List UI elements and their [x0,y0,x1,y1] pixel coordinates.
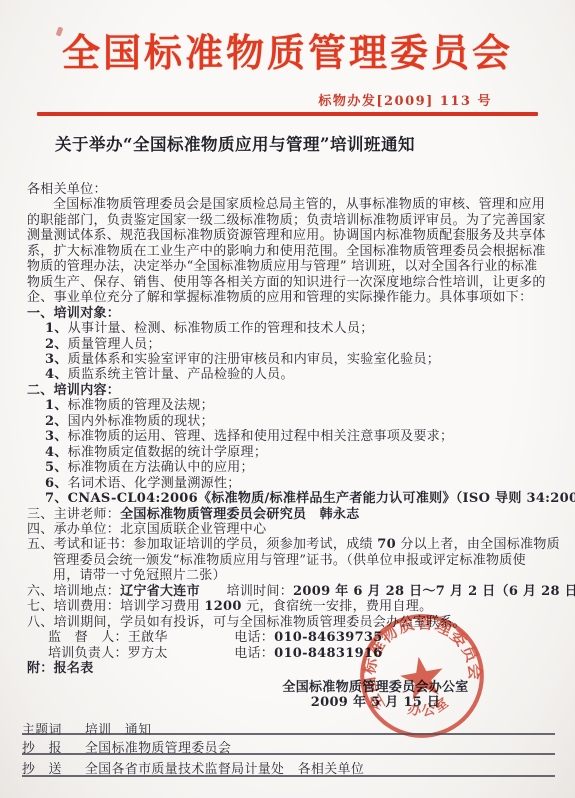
body-line: 6、名词术语、化学测量溯源性； [27,476,551,491]
document-number: 标物办发[2009] 113 号 [0,90,492,109]
body-line: 的职能部门，负责鉴定国家一级二级标准物质；负责培训标准物质评审员。为了完善国家 [27,213,551,228]
body-line: 3、标准物质的运用、管理、选择和使用过程中相关注意事项及要求； [27,429,551,444]
body-line: 四、承办单位：北京国质联企业管理中心 [27,522,551,537]
footer-value: 培训 通知 [85,719,151,738]
body-line: 六、培训地点：辽宁省大连市 培训时间：2009 年 6 月 28 日～7 月 2… [27,584,551,599]
body-line: 各相关单位： [27,182,551,197]
body-line: 2、质量管理人员； [27,337,551,352]
seal-star-icon [397,653,447,701]
body-line: 物质的管理办法，决定举办“全国标准物质应用与管理” 培训班，以对全国各行业的标准 [27,259,551,274]
body-line: 全国标准物质管理委员会是国家质检总局主管的，从事标准物质的审核、管理和应用 [27,197,551,212]
svg-text:办公室: 办公室 [403,692,454,723]
letterhead-org-title: 全国标准物质管理委员会 [0,22,575,77]
footer-label: 主题词 [22,719,70,738]
body-line: 2、国内外标准物质的现状； [27,414,551,429]
notice-title: 关于举办“全国标准物质应用与管理”培训班通知 [55,131,415,155]
body-line: 三、主讲老师：全国标准物质管理委员会研究员 韩永志 [27,507,551,522]
body-line: 五、考试和证书：参加取证培训的学员，须参加考试，成绩 70 分以上者，由全国标准… [27,537,551,552]
body-line: 用，请带一寸免冠照片二张） [27,568,551,583]
body-line: 3、质量体系和实验室评审的注册审核员和内审员，实验室化验员； [27,352,551,367]
body-line: 物质生产、保存、销售、使用等各相关方面的知识进行一次深度地综合性培训，让更多的 [27,275,551,290]
body-line: 4、标准物质定值数据的统计学原理； [27,445,551,460]
official-seal: 全国标准物质管理委员会 办公室 [344,598,499,753]
body-line: 系，扩大标准物质在工业生产中的影响力和使用范围。全国标准物质管理委员会根据标准 [27,244,551,259]
body-line: 一、培训对象： [27,306,551,321]
body-line: 二、培训内容： [27,383,551,398]
footer-rule [22,753,555,755]
body-line: 7、CNAS-CL04:2006《标准物质/标准样品生产者能力认可准则》（ISO… [27,491,551,506]
body-line: 1、标准物质的管理及法规； [27,398,551,413]
body-line: 4、质监系统主管计量、产品检验的人员。 [27,367,551,382]
seal-bottom-text: 办公室 [403,692,454,723]
scanned-notice-document: 全国标准物质管理委员会 标物办发[2009] 113 号 关于举办“全国标准物质… [0,0,575,798]
letterhead-divider-rule [37,112,538,116]
body-line: 企、事业单位充分了解和掌握标准物质的应用和管理的实际操作能力。具体事项如下： [27,290,551,305]
body-line: 5、标准物质在方法确认中的应用； [27,460,551,475]
footer-rule [22,775,555,777]
footer-rule [22,733,555,735]
body-line: 管理委员会统一颁发“标准物质应用与管理”证书。（供单位申报或评定标准物质使 [27,553,551,568]
body-line: 1、从事计量、检测、标准物质工作的管理和技术人员； [27,321,551,336]
footer-row-subject: 主题词 培训 通知 [22,719,151,738]
body-line: 测量测试体系、规范我国标准物质资源管理和应用。协调国内标准物质配套服务及共享体 [27,228,551,243]
